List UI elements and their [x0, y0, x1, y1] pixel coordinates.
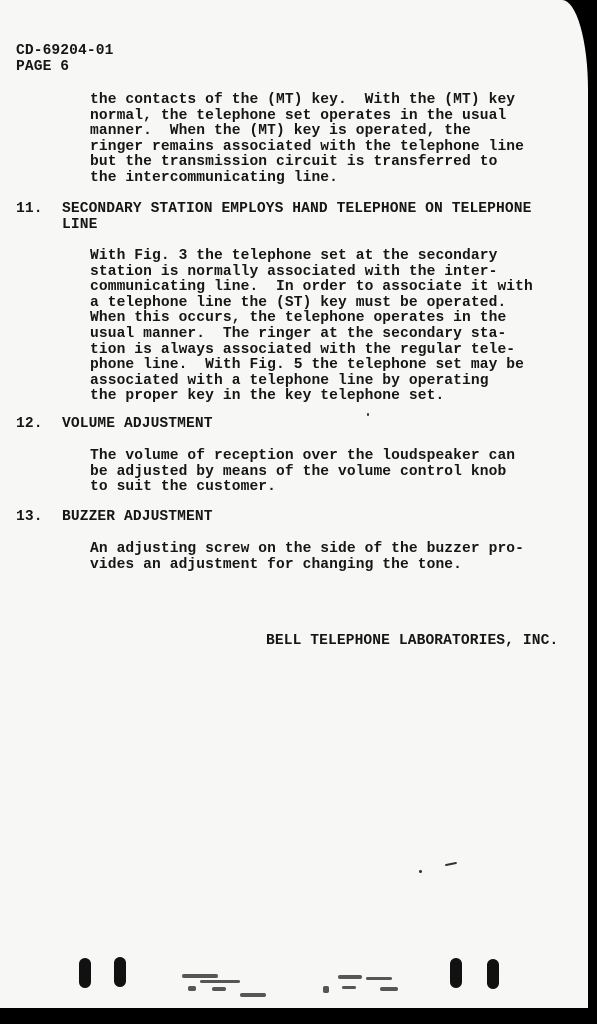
scan-speck — [445, 862, 457, 866]
scan-smudge — [380, 987, 398, 991]
text-line: associated with a telephone line by oper… — [90, 373, 489, 389]
text-line: vides an adjustment for changing the ton… — [90, 557, 462, 573]
scan-smudge — [342, 986, 356, 989]
scan-smudge — [338, 975, 362, 979]
document-page: CD-69204-01 PAGE 6 the contacts of the (… — [0, 0, 588, 1008]
title-line: SECONDARY STATION EMPLOYS HAND TELEPHONE… — [62, 201, 531, 217]
text-line: ringer remains associated with the telep… — [90, 139, 524, 155]
text-line: manner. When the (MT) key is operated, t… — [90, 123, 471, 139]
binder-hole-mark — [114, 957, 126, 987]
section-11-body: With Fig. 3 the telephone set at the sec… — [90, 249, 533, 405]
text-line: communicating line. In order to associat… — [90, 279, 533, 295]
company-signature: BELL TELEPHONE LABORATORIES, INC. — [266, 634, 558, 650]
text-line: When this occurs, the telephone operates… — [90, 310, 506, 326]
text-line: An adjusting screw on the side of the bu… — [90, 541, 524, 557]
section-13-title: BUZZER ADJUSTMENT — [62, 510, 213, 526]
title-line: LINE — [62, 217, 97, 233]
scan-speck — [367, 413, 369, 416]
section-11-number: 11. — [16, 202, 43, 218]
section-13-body: An adjusting screw on the side of the bu… — [90, 542, 524, 573]
text-line: With Fig. 3 the telephone set at the sec… — [90, 248, 497, 264]
section-13-number: 13. — [16, 510, 43, 526]
section-11-title: SECONDARY STATION EMPLOYS HAND TELEPHONE… — [62, 202, 531, 233]
text-line: the intercommunicating line. — [90, 170, 338, 186]
section-12-title: VOLUME ADJUSTMENT — [62, 417, 213, 433]
text-line: The volume of reception over the loudspe… — [90, 448, 515, 464]
scan-smudge — [182, 974, 218, 978]
text-line: phone line. With Fig. 5 the telephone se… — [90, 357, 524, 373]
binder-hole-mark — [487, 959, 499, 989]
doc-number: CD-69204-01 — [16, 43, 113, 59]
text-line: usual manner. The ringer at the secondar… — [90, 326, 506, 342]
intro-paragraph: the contacts of the (MT) key. With the (… — [90, 93, 524, 187]
page-label: PAGE 6 — [16, 59, 69, 75]
scan-smudge — [240, 993, 266, 997]
scan-smudge — [200, 980, 240, 983]
scan-smudge — [212, 987, 226, 991]
text-line: a telephone line the (ST) key must be op… — [90, 295, 506, 311]
scan-smudge — [188, 986, 196, 991]
text-line: the proper key in the key telephone set. — [90, 388, 444, 404]
scan-speck — [419, 870, 422, 873]
text-line: to suit the customer. — [90, 479, 276, 495]
scan-smudge — [366, 977, 392, 980]
text-line: normal, the telephone set operates in th… — [90, 108, 506, 124]
document-header: CD-69204-01 PAGE 6 — [16, 44, 113, 75]
section-12-number: 12. — [16, 417, 43, 433]
text-line: but the transmission circuit is transfer… — [90, 154, 497, 170]
text-line: tion is always associated with the regul… — [90, 342, 515, 358]
text-line: be adjusted by means of the volume contr… — [90, 464, 506, 480]
text-line: station is normally associated with the … — [90, 264, 497, 280]
scan-smudge — [323, 986, 329, 993]
section-12-body: The volume of reception over the loudspe… — [90, 449, 515, 496]
binder-hole-mark — [79, 958, 91, 988]
binder-hole-mark — [450, 958, 462, 988]
text-line: the contacts of the (MT) key. With the (… — [90, 92, 515, 108]
